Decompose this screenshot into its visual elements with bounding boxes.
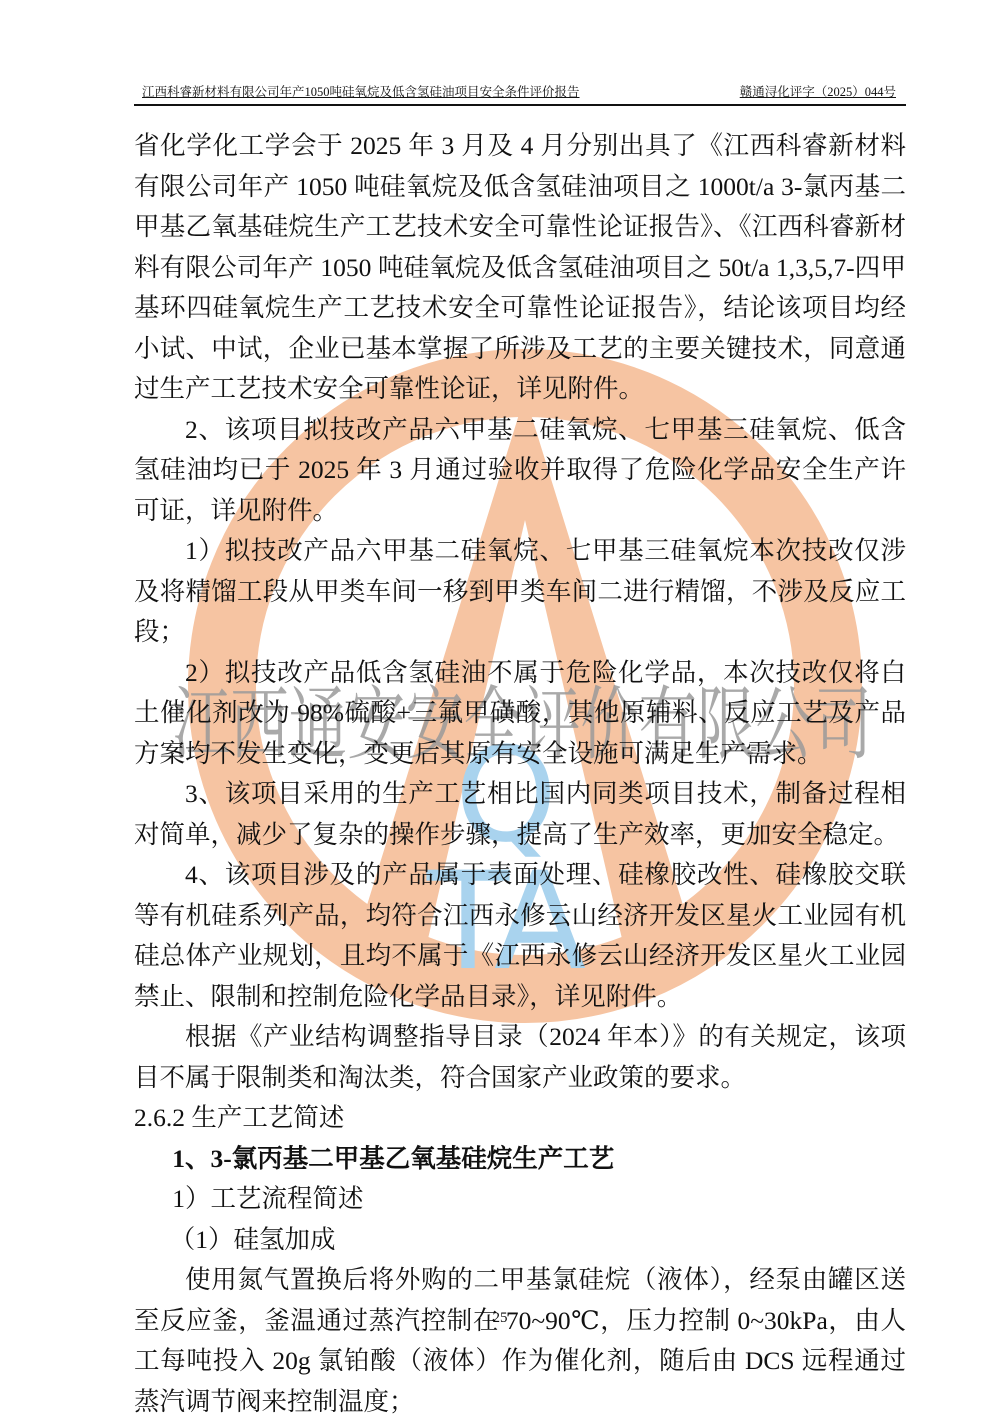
section-subheading: 1、3-氯丙基二甲基乙氧基硅烷生产工艺 (134, 1139, 906, 1180)
paragraph-continuation: 省化学化工学会于 2025 年 3 月及 4 月分别出具了《江西科睿新材料有限公… (134, 126, 906, 410)
page-header: 江西科睿新材料有限公司年产1050吨硅氧烷及低含氢硅油项目安全条件评价报告 赣通… (134, 82, 906, 106)
hydrosilylation-heading: （1）硅氢加成 (134, 1220, 906, 1261)
paragraph-policy: 根据《产业结构调整指导目录（2024 年本）》的有关规定，该项目不属于限制类和淘… (134, 1017, 906, 1098)
paragraph-item-4: 4、该项目涉及的产品属于表面处理、硅橡胶改性、硅橡胶交联等有机硅系列产品，均符合… (134, 855, 906, 1017)
paragraph-subitem-2: 2）拟技改产品低含氢硅油不属于危险化学品，本次技改仅将白土催化剂改为 98%硫酸… (134, 653, 906, 775)
paragraph-subitem-1: 1）拟技改产品六甲基二硅氧烷、七甲基三硅氧烷本次技改仅涉及将精馏工段从甲类车间一… (134, 531, 906, 653)
paragraph-item-3: 3、该项目采用的生产工艺相比国内同类项目技术，制备过程相对简单，减少了复杂的操作… (134, 774, 906, 855)
document-number: 赣通浔化评字（2025）044号 (740, 82, 896, 102)
paragraph-item-2: 2、该项目拟技改产品六甲基二硅氧烷、七甲基三硅氧烷、低含氢硅油均已于 2025 … (134, 410, 906, 532)
document-body: 省化学化工学会于 2025 年 3 月及 4 月分别出具了《江西科睿新材料有限公… (134, 126, 906, 1414)
report-title: 江西科睿新材料有限公司年产1050吨硅氧烷及低含氢硅油项目安全条件评价报告 (142, 82, 580, 102)
page-number: 25 (0, 1310, 1000, 1327)
section-heading: 2.6.2 生产工艺简述 (134, 1098, 906, 1139)
process-flow-heading: 1）工艺流程简述 (134, 1179, 906, 1220)
process-description: 使用氮气置换后将外购的二甲基氯硅烷（液体），经泵由罐区送至反应釜，釜温通过蒸汽控… (134, 1260, 906, 1414)
